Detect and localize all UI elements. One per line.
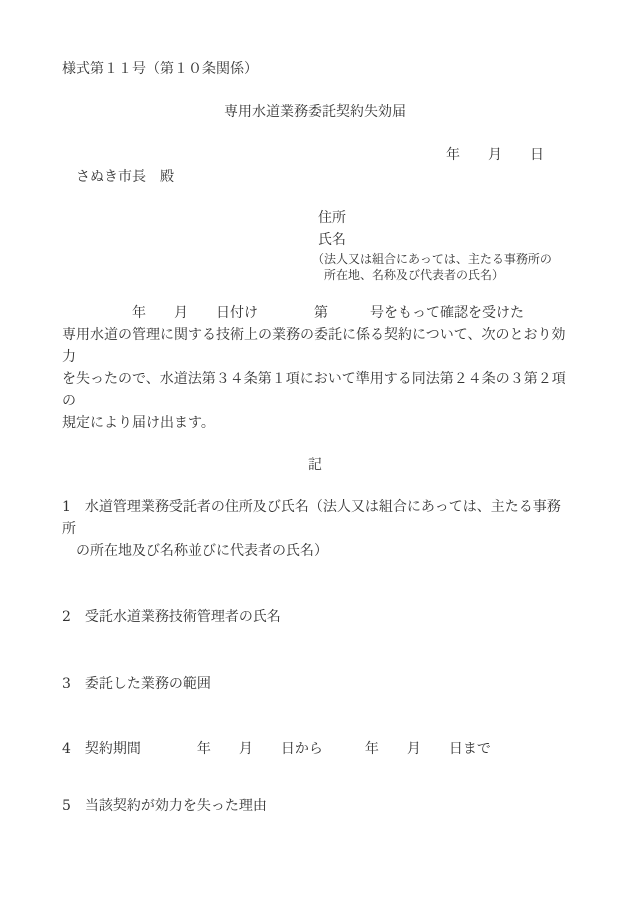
list-item-4: 4 契約期間 年 月 日から 年 月 日まで bbox=[62, 738, 568, 760]
record-heading: 記 bbox=[62, 454, 568, 476]
name-note: （法人又は組合にあっては、主たる事務所の 所在地、名称及び代表者の氏名） bbox=[312, 251, 568, 283]
form-number: 様式第１１号（第１０条関係） bbox=[62, 58, 568, 80]
submission-date-line: 年 月 日 bbox=[62, 144, 568, 166]
name-note-line-2: 所在地、名称及び代表者の氏名） bbox=[312, 267, 568, 283]
body-line-4: 規定により届け出ます。 bbox=[62, 412, 568, 434]
list-item-1-line-1: 1 水道管理業務受託者の住所及び氏名（法人又は組合にあっては、主たる事務所 bbox=[62, 496, 568, 540]
body-line-2: 専用水道の管理に関する技術上の業務の委託に係る契約について、次のとおり効力 bbox=[62, 324, 568, 368]
document-title: 専用水道業務委託契約失効届 bbox=[62, 101, 568, 123]
addressee: さぬき市長 殿 bbox=[62, 166, 568, 188]
name-note-line-1: （法人又は組合にあっては、主たる事務所の bbox=[312, 251, 568, 267]
list-item-3-line-1: 3 委託した業務の範囲 bbox=[62, 673, 568, 695]
list-item-1: 1 水道管理業務受託者の住所及び氏名（法人又は組合にあっては、主たる事務所 の所… bbox=[62, 496, 568, 562]
list-item-4-line-1: 4 契約期間 年 月 日から 年 月 日まで bbox=[62, 738, 568, 760]
list-item-5: 5 当該契約が効力を失った理由 bbox=[62, 795, 568, 817]
body-paragraph: 年 月 日付け 第 号をもって確認を受けた 専用水道の管理に関する技術上の業務の… bbox=[62, 302, 568, 434]
list-item-2-line-1: 2 受託水道業務技術管理者の氏名 bbox=[62, 606, 568, 628]
applicant-block: 住所 氏名 （法人又は組合にあっては、主たる事務所の 所在地、名称及び代表者の氏… bbox=[318, 207, 568, 283]
list-item-2: 2 受託水道業務技術管理者の氏名 bbox=[62, 606, 568, 628]
body-line-3: を失ったので、水道法第３４条第１項において準用する同法第２４条の３第２項の bbox=[62, 368, 568, 412]
address-label: 住所 bbox=[318, 207, 568, 229]
list-item-5-line-1: 5 当該契約が効力を失った理由 bbox=[62, 795, 568, 817]
list-item-1-line-2: の所在地及び名称並びに代表者の氏名） bbox=[62, 540, 568, 562]
list-item-3: 3 委託した業務の範囲 bbox=[62, 673, 568, 695]
body-line-1: 年 月 日付け 第 号をもって確認を受けた bbox=[62, 302, 568, 324]
document-page: 様式第１１号（第１０条関係） 専用水道業務委託契約失効届 年 月 日 さぬき市長… bbox=[0, 0, 630, 903]
name-label: 氏名 bbox=[318, 229, 568, 251]
